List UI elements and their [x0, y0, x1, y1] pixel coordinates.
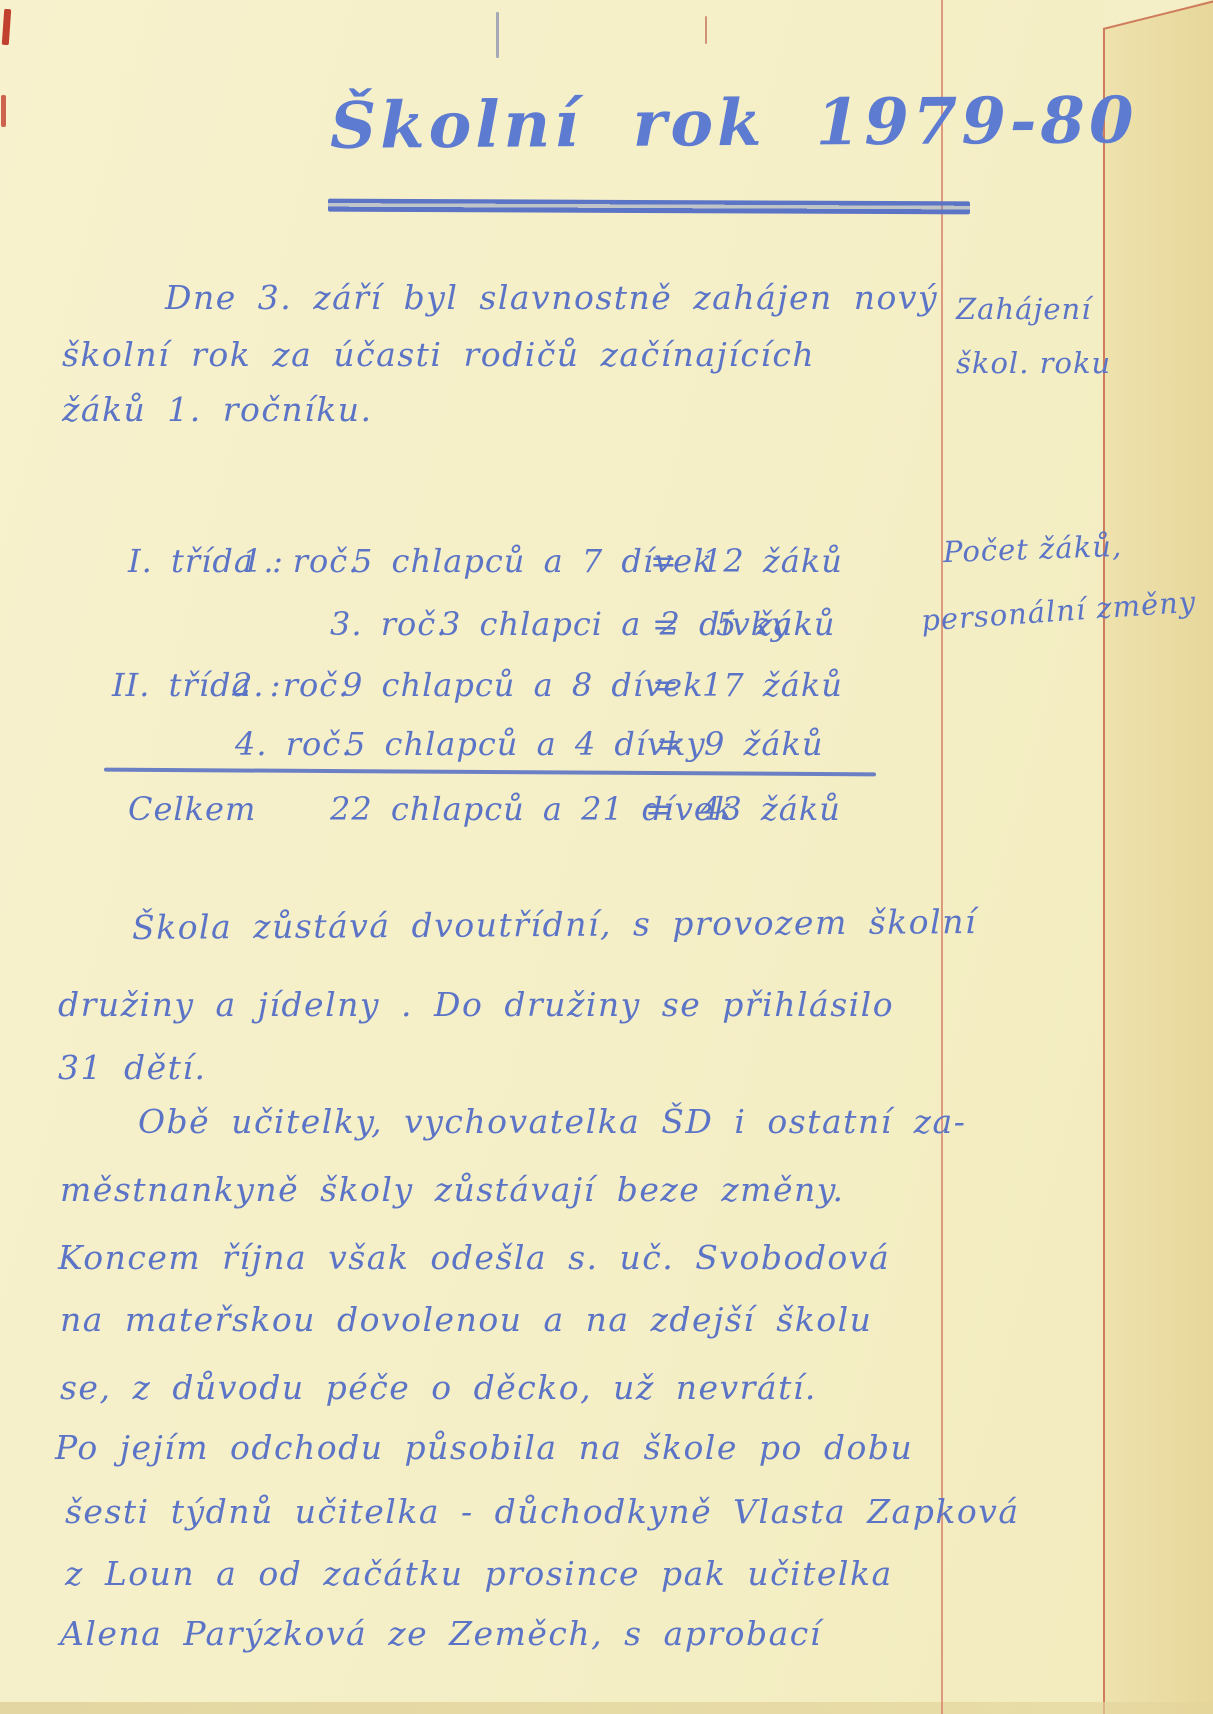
- chronicle-page: Školní rok 1979-80 Dne 3. září byl slavn…: [0, 0, 1213, 1714]
- staff-line: Po jejím odchodu působila na škole po do…: [55, 1428, 913, 1467]
- table-row: I. třída : 1. roč. 5 chlapců a 7 dívek =…: [0, 542, 1000, 592]
- total-pupils: 17 žáků: [702, 666, 843, 704]
- stray-red-mark: [705, 16, 707, 44]
- equals-sign: =: [645, 790, 673, 828]
- equals-sign: =: [650, 542, 678, 580]
- total-label: Celkem: [128, 790, 256, 828]
- margin-note-line: Zahájení: [956, 292, 1092, 326]
- status-line: družiny a jídelny . Do družiny se přihlá…: [58, 985, 894, 1024]
- grade-label: 2. roč.: [232, 666, 349, 704]
- grade-label: 4. roč.: [235, 725, 352, 763]
- staff-line: městnankyně školy zůstávají beze změny.: [60, 1170, 844, 1209]
- grade-label: 3. roč.: [330, 605, 447, 643]
- opening-line: žáků 1. ročníku.: [62, 390, 372, 429]
- page-crease-line: [1103, 28, 1105, 1714]
- equals-sign: =: [652, 666, 680, 704]
- staff-line: z Loun a od začátku prosince pak učitelk…: [65, 1554, 893, 1593]
- grade-label: 1. roč.: [242, 542, 359, 580]
- left-edge-mark: [1, 95, 6, 127]
- table-row: II. třída : 2. roč. 9 chlapců a 8 dívek …: [0, 666, 1000, 716]
- staff-line: Alena Parýzková ze Zeměch, s aprobací: [60, 1614, 822, 1653]
- staff-line: Koncem října však odešla s. uč. Svobodov…: [58, 1238, 890, 1277]
- margin-rule-line: [941, 0, 943, 1714]
- book-bottom-edge: [0, 1702, 1213, 1714]
- page-title: Školní rok 1979-80: [330, 83, 1138, 164]
- title-underline: [328, 199, 970, 215]
- next-page-edge: [1103, 0, 1213, 1714]
- opening-line: Dne 3. září byl slavnostně zahájen nový: [165, 278, 938, 317]
- margin-note-line: Počet žáků,: [942, 529, 1122, 569]
- left-edge-mark: [2, 9, 11, 45]
- total-pupils: 43 žáků: [700, 790, 841, 828]
- margin-note-line: škol. roku: [956, 346, 1111, 380]
- total-pupils: 12 žáků: [702, 542, 843, 580]
- total-pupils: 5 žáků: [716, 605, 835, 643]
- table-row: 3. roč. 3 chlapci a 2 dívky = 5 žáků: [0, 605, 1000, 655]
- equals-sign: =: [652, 605, 680, 643]
- staff-line: šesti týdnů učitelka - důchodkyně Vlasta…: [65, 1492, 1020, 1531]
- staff-line: Obě učitelky, vychovatelka ŠD i ostatní …: [138, 1102, 966, 1141]
- counts-text: 5 chlapců a 4 dívky: [345, 725, 706, 763]
- table-row: Celkem 22 chlapců a 21 dívek = 43 žáků: [0, 790, 1000, 840]
- staff-line: na mateřskou dovolenou a na zdejší školu: [60, 1300, 872, 1339]
- status-line: 31 dětí.: [58, 1048, 206, 1087]
- staff-line: se, z důvodu péče o děcko, už nevrátí.: [60, 1368, 817, 1407]
- stray-pen-mark: [496, 12, 499, 58]
- counts-text: 9 chlapců a 8 dívek: [342, 666, 703, 704]
- equals-sign: =: [656, 725, 684, 763]
- total-pupils: 9 žáků: [704, 725, 823, 763]
- opening-line: školní rok za účasti rodičů začínajících: [62, 335, 815, 374]
- status-line: Škola zůstává dvoutřídní, s provozem ško…: [132, 902, 977, 947]
- counts-text: 22 chlapců a 21 dívek: [330, 790, 734, 828]
